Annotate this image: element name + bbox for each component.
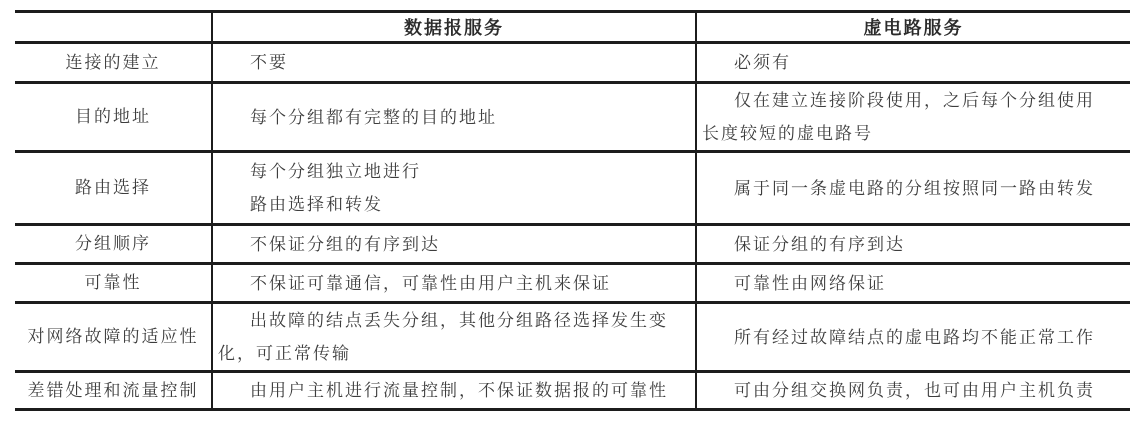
cell-line: 保证分组的有序到达 bbox=[697, 228, 1130, 261]
page: 数据报服务 虚电路服务 连接的建立 不要 必须有 目的地址 每个分组都有完整的目… bbox=[0, 0, 1141, 423]
comparison-table: 数据报服务 虚电路服务 连接的建立 不要 必须有 目的地址 每个分组都有完整的目… bbox=[15, 10, 1130, 411]
virtual-circuit-cell: 必须有 bbox=[696, 43, 1130, 83]
cell-line: 仅在建立连接阶段使用，之后每个分组使用 bbox=[697, 84, 1130, 117]
cell-line: 必须有 bbox=[697, 46, 1130, 79]
table-row-error-flow-control: 差错处理和流量控制 由用户主机进行流量控制，不保证数据报的可靠性 可由分组交换网… bbox=[15, 372, 1130, 410]
table-row-routing: 路由选择 每个分组独立地进行 路由选择和转发 属于同一条虚电路的分组按照同一路由… bbox=[15, 152, 1130, 225]
table-row-connection-setup: 连接的建立 不要 必须有 bbox=[15, 43, 1130, 83]
cell-line: 长度较短的虚电路号 bbox=[697, 117, 1130, 150]
virtual-circuit-cell: 属于同一条虚电路的分组按照同一路由转发 bbox=[696, 152, 1130, 225]
datagram-cell: 由用户主机进行流量控制，不保证数据报的可靠性 bbox=[212, 372, 696, 410]
row-label: 差错处理和流量控制 bbox=[15, 372, 212, 410]
cell-line: 每个分组独立地进行 bbox=[213, 155, 695, 188]
cell-line: 由用户主机进行流量控制，不保证数据报的可靠性 bbox=[213, 374, 695, 407]
row-label: 分组顺序 bbox=[15, 225, 212, 264]
cell-line: 可由分组交换网负责，也可由用户主机负责 bbox=[697, 374, 1130, 407]
datagram-cell: 每个分组独立地进行 路由选择和转发 bbox=[212, 152, 696, 225]
virtual-circuit-cell: 仅在建立连接阶段使用，之后每个分组使用 长度较短的虚电路号 bbox=[696, 83, 1130, 152]
datagram-cell: 不要 bbox=[212, 43, 696, 83]
row-label: 对网络故障的适应性 bbox=[15, 303, 212, 372]
table-row-reliability: 可靠性 不保证可靠通信，可靠性由用户主机来保证 可靠性由网络保证 bbox=[15, 264, 1130, 303]
row-label: 可靠性 bbox=[15, 264, 212, 303]
cell-line: 不保证可靠通信，可靠性由用户主机来保证 bbox=[213, 267, 695, 300]
cell-line: 不要 bbox=[213, 46, 695, 79]
cell-line: 属于同一条虚电路的分组按照同一路由转发 bbox=[697, 172, 1130, 205]
corner-cell bbox=[15, 12, 212, 43]
header-row: 数据报服务 虚电路服务 bbox=[15, 12, 1130, 43]
row-label: 目的地址 bbox=[15, 83, 212, 152]
cell-line: 出故障的结点丢失分组，其他分组路径选择发生变 bbox=[213, 304, 695, 337]
cell-line: 不保证分组的有序到达 bbox=[213, 228, 695, 261]
col-header-datagram-service: 数据报服务 bbox=[212, 12, 696, 43]
table-row-destination-address: 目的地址 每个分组都有完整的目的地址 仅在建立连接阶段使用，之后每个分组使用 长… bbox=[15, 83, 1130, 152]
table-row-packet-order: 分组顺序 不保证分组的有序到达 保证分组的有序到达 bbox=[15, 225, 1130, 264]
cell-line: 每个分组都有完整的目的地址 bbox=[213, 101, 695, 134]
cell-line: 化，可正常传输 bbox=[213, 337, 695, 370]
datagram-cell: 每个分组都有完整的目的地址 bbox=[212, 83, 696, 152]
cell-line: 路由选择和转发 bbox=[213, 188, 695, 221]
cell-line: 可靠性由网络保证 bbox=[697, 267, 1130, 300]
table-row-failure-adaptability: 对网络故障的适应性 出故障的结点丢失分组，其他分组路径选择发生变 化，可正常传输… bbox=[15, 303, 1130, 372]
datagram-cell: 不保证可靠通信，可靠性由用户主机来保证 bbox=[212, 264, 696, 303]
virtual-circuit-cell: 所有经过故障结点的虚电路均不能正常工作 bbox=[696, 303, 1130, 372]
virtual-circuit-cell: 可靠性由网络保证 bbox=[696, 264, 1130, 303]
datagram-cell: 不保证分组的有序到达 bbox=[212, 225, 696, 264]
virtual-circuit-cell: 可由分组交换网负责，也可由用户主机负责 bbox=[696, 372, 1130, 410]
row-label: 连接的建立 bbox=[15, 43, 212, 83]
datagram-cell: 出故障的结点丢失分组，其他分组路径选择发生变 化，可正常传输 bbox=[212, 303, 696, 372]
virtual-circuit-cell: 保证分组的有序到达 bbox=[696, 225, 1130, 264]
col-header-virtual-circuit-service: 虚电路服务 bbox=[696, 12, 1130, 43]
row-label: 路由选择 bbox=[15, 152, 212, 225]
cell-line: 所有经过故障结点的虚电路均不能正常工作 bbox=[697, 321, 1130, 354]
